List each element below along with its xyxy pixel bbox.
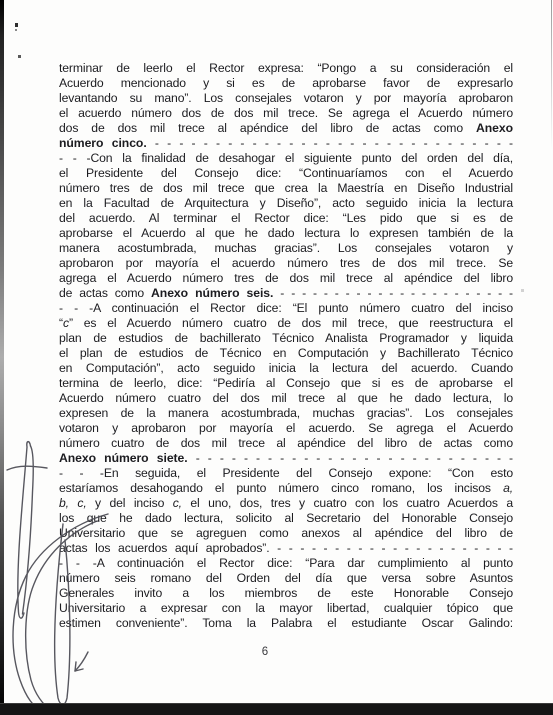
text-line: los que he dado lectura, solicito al Sec… — [59, 511, 513, 526]
text-segment: expresen de la manera acostumbrada, much… — [59, 406, 513, 420]
text-line: b, c, y del inciso c, el uno, dos, tres … — [59, 496, 513, 511]
text-segment: plan de estudios de bachillerato Técnico… — [59, 331, 513, 345]
text-line: Universitario a expresar con la mayor li… — [59, 601, 513, 616]
text-segment: actas los acuerdos aquí aprobados”. — [59, 541, 277, 555]
text-line: plan de estudios de bachillerato Técnico… — [59, 331, 513, 346]
text-segment: el acuerdo número dos de dos mil trece. … — [59, 106, 513, 120]
scan-right-edge-artifact — [551, 0, 552, 150]
text-segment: el plan de estudios de Técnico en Comput… — [59, 346, 513, 360]
text-segment: c, — [173, 496, 182, 510]
text-segment: Anexo — [476, 121, 513, 135]
text-line: número cinco. - - - - - - - - - - - - - … — [59, 136, 513, 151]
text-segment: b, c, — [59, 496, 87, 510]
text-segment: los que he dado lectura, solicito al Sec… — [59, 511, 513, 525]
text-segment: levantando su mano”. Los consejales vota… — [59, 91, 513, 105]
text-segment: - - -A continuación el Rector dice: “El … — [59, 301, 513, 315]
scan-left-edge-artifact — [0, 0, 4, 715]
text-line: en Computación”, acto seguido inicia la … — [59, 361, 513, 376]
text-line: estaríamos desahogando el punto número c… — [59, 481, 513, 496]
text-segment: Anexo número seis. — [151, 286, 273, 300]
text-segment: número seis romano del Orden del día que… — [59, 571, 513, 585]
text-segment: votaron y aprobaron por mayoría el acuer… — [59, 421, 513, 435]
text-line: número seis romano del Orden del día que… — [59, 571, 513, 586]
text-line: aprobarse el Acuerdo al que he dado lect… — [59, 226, 513, 241]
scan-speck — [15, 23, 18, 27]
text-segment: en Computación”, acto seguido inicia la … — [59, 361, 513, 375]
text-segment: - - - - - - - - - - - - - - - - - - - - … — [273, 286, 513, 300]
text-line: Anexo número siete. - - - - - - - - - - … — [59, 451, 513, 466]
text-line: levantando su mano”. Los consejales vota… — [59, 91, 513, 106]
text-line: “c” es el Acuerdo número cuatro de dos m… — [59, 316, 513, 331]
text-segment: estimen conveniente”. Toma la Palabra el… — [59, 616, 513, 630]
scanned-document-page: terminar de leerlo el Rector expresa: “P… — [0, 0, 553, 715]
text-line: expresen de la manera acostumbrada, much… — [59, 406, 513, 421]
text-line: Acuerdo mencionado y si es de aprobarse … — [59, 76, 513, 91]
text-segment: número tres de dos mil trece que crea la… — [59, 181, 513, 195]
text-segment: - - -Con la finalidad de desahogar el si… — [59, 151, 513, 165]
text-line: manera acostumbrada, muchas gracias”. Lo… — [59, 241, 513, 256]
text-segment: Anexo número siete. — [59, 451, 188, 465]
text-segment: y del inciso — [87, 496, 173, 510]
text-segment: estaríamos desahogando el punto número c… — [59, 481, 503, 495]
text-segment: de actas como — [59, 286, 151, 300]
text-segment: dos de dos mil trece al apéndice del lib… — [59, 121, 476, 135]
text-segment: en la Facultad de Arquitectura y Diseño”… — [59, 196, 513, 210]
text-segment: Universitario a expresar con la mayor li… — [59, 601, 513, 615]
text-line: estimen conveniente”. Toma la Palabra el… — [59, 616, 513, 631]
document-text: terminar de leerlo el Rector expresa: “P… — [59, 61, 513, 631]
text-segment: aprobarse el Acuerdo al que he dado lect… — [59, 226, 513, 240]
text-line: de actas como Anexo número seis. - - - -… — [59, 286, 513, 301]
scan-bottom-bar-artifact — [0, 703, 553, 715]
scan-speck — [18, 55, 21, 58]
scan-speck — [521, 289, 524, 292]
text-segment: - - - - - - - - - - - - - - - - - - - - … — [277, 541, 513, 555]
text-line: - - -Con la finalidad de desahogar el si… — [59, 151, 513, 166]
text-line: votaron y aprobaron por mayoría el acuer… — [59, 421, 513, 436]
text-line: dos de dos mil trece al apéndice del lib… — [59, 121, 513, 136]
text-line: terminar de leerlo el Rector expresa: “P… — [59, 61, 513, 76]
text-segment: del acuerdo. Al terminar el Rector dice:… — [59, 211, 513, 225]
text-line: Generales invito a los miembros de este … — [59, 586, 513, 601]
text-line: - - -En seguida, el Presidente del Conse… — [59, 466, 513, 481]
text-line: actas los acuerdos aquí aprobados”. - - … — [59, 541, 513, 556]
text-line: en la Facultad de Arquitectura y Diseño”… — [59, 196, 513, 211]
text-segment: Generales invito a los miembros de este … — [59, 586, 513, 600]
text-segment: ” es el Acuerdo número cuatro de dos mil… — [69, 316, 513, 330]
text-line: número tres de dos mil trece que crea la… — [59, 181, 513, 196]
text-line: Universitario que se agreguen como anexo… — [59, 526, 513, 541]
text-line: - - -A continuación el Rector dice: “El … — [59, 301, 513, 316]
text-line: aprobaron por mayoría el acuerdo número … — [59, 256, 513, 271]
text-line: - - -A continuación el Rector dice: “Par… — [59, 556, 513, 571]
text-segment: - - - - - - - - - - - - - - - - - - - - … — [188, 451, 513, 465]
text-segment: aprobaron por mayoría el acuerdo número … — [59, 256, 513, 270]
text-segment: manera acostumbrada, muchas gracias”. Lo… — [59, 241, 513, 255]
text-segment: Acuerdo mencionado y si es de aprobarse … — [59, 76, 513, 90]
text-line: termina de leerlo, dice: “Pediría al Con… — [59, 376, 513, 391]
text-line: número cuatro de dos mil trece al apéndi… — [59, 436, 513, 451]
text-line: Acuerdo número cuatro del dos mil trece … — [59, 391, 513, 406]
text-line: el acuerdo número dos de dos mil trece. … — [59, 106, 513, 121]
text-line: el plan de estudios de Técnico en Comput… — [59, 346, 513, 361]
text-line: agrega el Acuerdo número tres de dos mil… — [59, 271, 513, 286]
text-line: del acuerdo. Al terminar el Rector dice:… — [59, 211, 513, 226]
text-line: el Presidente del Consejo dice: “Continu… — [59, 166, 513, 181]
text-segment: - - -A continuación el Rector dice: “Par… — [59, 556, 513, 570]
text-segment: - - - - - - - - - - - - - - - - - - - - … — [147, 136, 513, 150]
text-segment: terminar de leerlo el Rector expresa: “P… — [59, 61, 513, 75]
page-number: 6 — [240, 646, 290, 658]
text-segment: a, — [503, 481, 513, 495]
text-segment: el uno, dos, tres y cuatro con los cuatr… — [182, 496, 513, 510]
text-segment: Acuerdo número cuatro del dos mil trece … — [59, 391, 513, 405]
text-segment: el Presidente del Consejo dice: “Continu… — [59, 166, 513, 180]
text-segment: termina de leerlo, dice: “Pediría al Con… — [59, 376, 513, 390]
text-segment: - - -En seguida, el Presidente del Conse… — [59, 466, 513, 480]
text-segment: Universitario que se agreguen como anexo… — [59, 526, 513, 540]
text-segment: número cuatro de dos mil trece al apéndi… — [59, 436, 513, 450]
text-segment: número cinco. — [59, 136, 147, 150]
text-segment: agrega el Acuerdo número tres de dos mil… — [59, 271, 513, 285]
